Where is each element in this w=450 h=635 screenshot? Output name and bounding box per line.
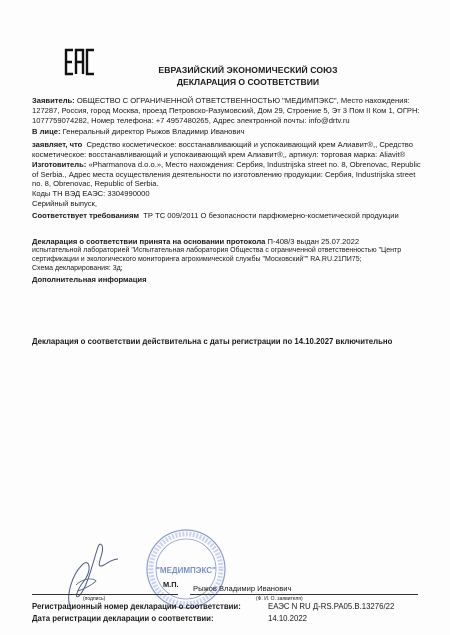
stamp-place-label: М.П. [163,580,179,589]
manufacturer-section: Изготовитель: «Pharmanova d.o.o.», Место… [32,160,424,189]
registration-number-value: ЕАЭС N RU Д-RS.PA05.B.13276/22 [268,602,394,611]
basis-text: испытательной лабораторией "Испытательна… [32,246,424,264]
union-title: ЕВРАЗИЙСКИЙ ЭКОНОМИЧЕСКИЙ СОЮЗ [0,65,450,75]
registration-date-value: 14.10.2022 [268,614,307,623]
validity-statement: Декларация о соответствии действительна … [32,337,424,347]
basis-scheme: Схема декларирования: 3д; [32,264,424,273]
applicant-label: Заявитель: [32,96,75,105]
svg-text:"МЕДИМПЭКС": "МЕДИМПЭКС" [156,566,216,575]
registration-date-label: Дата регистрации декларации о соответств… [32,614,214,623]
representative-label: В лице: [32,127,61,136]
compliance-text: ТР ТС 009/2011 О безопасности парфюмерно… [143,211,399,220]
basis-label: Декларация о соответствии принята на осн… [32,237,265,246]
name-line [190,594,418,595]
declares-text: Средство косметическое: восстанавливающи… [32,140,413,159]
compliance-label: Соответствует требованиям [32,211,139,220]
manufacturer-label: Изготовитель: [32,160,86,169]
company-stamp: "МЕДИМПЭКС" [145,528,227,610]
codes-line: Коды ТН ВЭД ЕАЭС: 3304990000 [32,189,424,199]
representative-section: В лице: Генеральный директор Рыжов Влади… [32,127,424,137]
basis-protocol: П-408/3 выдан 25.07.2022 [268,237,360,246]
registration-number-label: Регистрационный номер декларации о соотв… [32,602,241,611]
declares-section: заявляет, что Средство косметическое: во… [32,140,424,160]
declares-label: заявляет, что [32,140,82,149]
additional-info-label: Дополнительная информация [32,275,424,285]
basis-section: Декларация о соответствии принята на осн… [32,237,424,247]
document-title: ДЕКЛАРАЦИЯ О СООТВЕТСТВИИ [0,77,450,87]
compliance-section: Соответствует требованиям ТР ТС 009/2011… [32,211,424,221]
applicant-section: Заявитель: ОБЩЕСТВО С ОГРАНИЧЕННОЙ ОТВЕТ… [32,96,424,125]
manufacturer-text: «Pharmanova d.o.o.», Место нахождения: С… [32,160,421,189]
declaration-body: Заявитель: ОБЩЕСТВО С ОГРАНИЧЕННОЙ ОТВЕТ… [32,96,424,285]
release-line: Серийный выпуск, [32,199,424,209]
signer-name: Рыжов Владимир Иванович [193,584,291,593]
representative-text: Генеральный директор Рыжов Владимир Иван… [63,127,245,136]
applicant-text: ОБЩЕСТВО С ОГРАНИЧЕННОЙ ОТВЕТСТВЕННОСТЬЮ… [32,96,420,125]
signature-line [32,594,178,595]
declaration-page: ЕВРАЗИЙСКИЙ ЭКОНОМИЧЕСКИЙ СОЮЗ ДЕКЛАРАЦИ… [0,0,450,635]
